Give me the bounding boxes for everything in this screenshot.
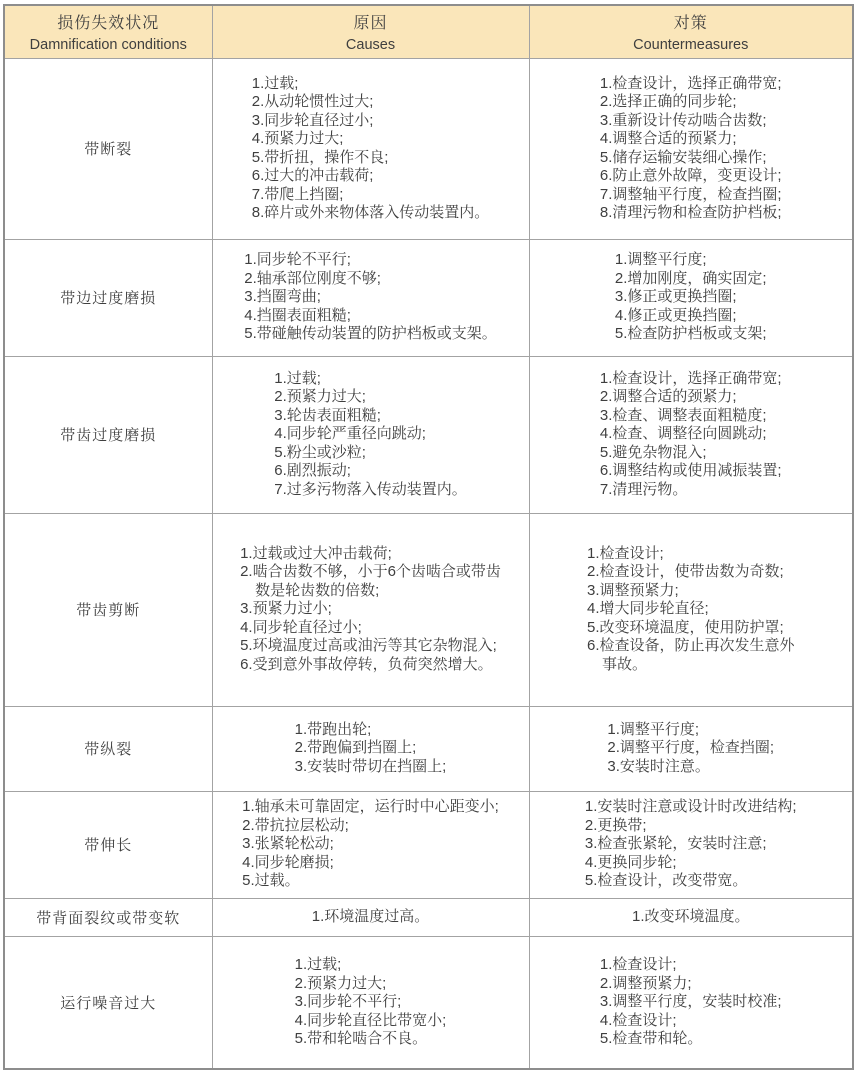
countermeasure-item: 3.检查张紧轮，安装时注意; (585, 835, 797, 854)
table-row: 带纵裂1.带跑出轮;2.带跑偏到挡圈上;3.安装时带切在挡圈上;1.调整平行度;… (4, 706, 853, 791)
condition-cell: 带背面裂纹或带变软 (4, 898, 212, 936)
countermeasures-cell: 1.改变环境温度。 (529, 898, 853, 936)
countermeasures-cell: 1.检查设计，选择正确带宽;2.选择正确的同步轮;3.重新设计传动啮合齿数;4.… (529, 58, 853, 239)
countermeasure-item: 6.防止意外故障，变更设计; (600, 167, 782, 186)
countermeasures-cell: 1.检查设计，选择正确带宽;2.调整合适的颈紧力;3.检查、调整表面粗糙度;4.… (529, 356, 853, 513)
condition-cell: 带齿剪断 (4, 513, 212, 706)
causes-list: 1.轴承未可靠固定，运行时中心距变小;2.带抗拉层松动;3.张紧轮松动;4.同步… (242, 798, 499, 891)
causes-cell: 1.同步轮不平行;2.轴承部位刚度不够;3.挡圈弯曲;4.挡圈表面粗糙;5.带碰… (212, 239, 529, 356)
table-row: 带断裂1.过载;2.从动轮惯性过大;3.同步轮直径过小;4.预紧力过大;5.带折… (4, 58, 853, 239)
cause-item: 4.挡圈表面粗糙; (244, 307, 497, 326)
header-cell-countermeasures: 对策 Countermeasures (529, 5, 853, 58)
cause-item: 1.过载或过大冲击载荷; (240, 545, 501, 564)
countermeasures-cell: 1.调整平行度;2.调整平行度，检查挡圈;3.安装时注意。 (529, 706, 853, 791)
causes-list: 1.过载;2.从动轮惯性过大;3.同步轮直径过小;4.预紧力过大;5.带折扭，操… (252, 75, 490, 223)
cause-item: 3.轮齿表面粗糙; (274, 407, 467, 426)
condition-cell: 运行噪音过大 (4, 936, 212, 1069)
condition-cell: 带纵裂 (4, 706, 212, 791)
countermeasures-list: 1.检查设计，选择正确带宽;2.选择正确的同步轮;3.重新设计传动啮合齿数;4.… (600, 75, 782, 223)
header-conditions-en: Damnification conditions (5, 37, 212, 53)
cause-item: 3.同步轮直径过小; (252, 112, 490, 131)
table-row: 带伸长1.轴承未可靠固定，运行时中心距变小;2.带抗拉层松动;3.张紧轮松动;4… (4, 791, 853, 898)
table-row: 带齿剪断1.过载或过大冲击载荷;2.啮合齿数不够，小于6个齿啮合或带齿 数是轮齿… (4, 513, 853, 706)
countermeasure-item: 5.储存运输安装细心操作; (600, 149, 782, 168)
table-row: 带背面裂纹或带变软1.环境温度过高。1.改变环境温度。 (4, 898, 853, 936)
countermeasure-item: 1.检查设计; (587, 545, 795, 564)
header-countermeasures-zh: 对策 (530, 10, 853, 33)
countermeasures-cell: 1.调整平行度;2.增加刚度，确实固定;3.修正或更换挡圈;4.修正或更换挡圈;… (529, 239, 853, 356)
causes-cell: 1.轴承未可靠固定，运行时中心距变小;2.带抗拉层松动;3.张紧轮松动;4.同步… (212, 791, 529, 898)
table-row: 运行噪音过大1.过载;2.预紧力过大;3.同步轮不平行;4.同步轮直径比带宽小;… (4, 936, 853, 1069)
cause-item: 3.预紧力过小; (240, 600, 501, 619)
cause-item: 6.剧烈振动; (274, 462, 467, 481)
countermeasure-item: 2.选择正确的同步轮; (600, 93, 782, 112)
cause-item: 2.从动轮惯性过大; (252, 93, 490, 112)
countermeasure-item: 2.增加刚度，确实固定; (615, 270, 767, 289)
cause-item: 4.同步轮直径比带宽小; (295, 1012, 447, 1031)
countermeasure-item: 1.改变环境温度。 (632, 908, 750, 927)
countermeasures-list: 1.调整平行度;2.增加刚度，确实固定;3.修正或更换挡圈;4.修正或更换挡圈;… (615, 251, 767, 344)
countermeasure-item: 4.调整合适的预紧力; (600, 130, 782, 149)
header-cell-causes: 原因 Causes (212, 5, 529, 58)
causes-cell: 1.环境温度过高。 (212, 898, 529, 936)
countermeasure-item: 2.调整平行度，检查挡圈; (607, 739, 774, 758)
condition-cell: 带齿过度磨损 (4, 356, 212, 513)
causes-cell: 1.过载;2.从动轮惯性过大;3.同步轮直径过小;4.预紧力过大;5.带折扭，操… (212, 58, 529, 239)
causes-list: 1.过载;2.预紧力过大;3.轮齿表面粗糙;4.同步轮严重径向跳动;5.粉尘或沙… (274, 370, 467, 500)
countermeasure-item: 1.检查设计，选择正确带宽; (600, 75, 782, 94)
countermeasure-item: 4.更换同步轮; (585, 854, 797, 873)
header-causes-zh: 原因 (213, 10, 529, 33)
cause-item: 2.带抗拉层松动; (242, 817, 499, 836)
countermeasure-item: 3.修正或更换挡圈; (615, 288, 767, 307)
causes-list: 1.带跑出轮;2.带跑偏到挡圈上;3.安装时带切在挡圈上; (295, 721, 447, 777)
cause-item: 1.过载; (252, 75, 490, 94)
cause-item: 6.过大的冲击载荷; (252, 167, 490, 186)
cause-item: 5.过载。 (242, 872, 499, 891)
header-conditions-zh: 损伤失效状况 (5, 10, 212, 33)
header-causes-en: Causes (213, 37, 529, 53)
cause-item: 3.挡圈弯曲; (244, 288, 497, 307)
header-cell-conditions: 损伤失效状况 Damnification conditions (4, 5, 212, 58)
cause-item: 7.带爬上挡圈; (252, 186, 490, 205)
causes-list: 1.过载或过大冲击载荷;2.啮合齿数不够，小于6个齿啮合或带齿 数是轮齿数的倍数… (240, 545, 501, 675)
countermeasure-item: 1.调整平行度; (615, 251, 767, 270)
cause-item: 4.同步轮直径过小; (240, 619, 501, 638)
causes-cell: 1.过载;2.预紧力过大;3.同步轮不平行;4.同步轮直径比带宽小;5.带和轮啮… (212, 936, 529, 1069)
countermeasure-item: 5.检查带和轮。 (600, 1030, 782, 1049)
condition-cell: 带断裂 (4, 58, 212, 239)
countermeasure-item: 1.调整平行度; (607, 721, 774, 740)
cause-item: 2.预紧力过大; (295, 975, 447, 994)
countermeasure-item: 3.检查、调整表面粗糙度; (600, 407, 782, 426)
countermeasure-item: 7.清理污物。 (600, 481, 782, 500)
cause-item: 5.环境温度过高或油污等其它杂物混入; (240, 637, 501, 656)
header-row: 损伤失效状况 Damnification conditions 原因 Cause… (4, 5, 853, 58)
countermeasure-item: 1.检查设计; (600, 956, 782, 975)
header-countermeasures-en: Countermeasures (530, 37, 853, 53)
cause-item: 1.同步轮不平行; (244, 251, 497, 270)
countermeasure-item: 3.调整预紧力; (587, 582, 795, 601)
countermeasure-item: 4.检查设计; (600, 1012, 782, 1031)
causes-list: 1.过载;2.预紧力过大;3.同步轮不平行;4.同步轮直径比带宽小;5.带和轮啮… (295, 956, 447, 1049)
countermeasure-item: 7.调整轴平行度，检查挡圈; (600, 186, 782, 205)
countermeasures-list: 1.安装时注意或设计时改进结构;2.更换带;3.检查张紧轮，安装时注意;4.更换… (585, 798, 797, 891)
table-row: 带齿过度磨损1.过载;2.预紧力过大;3.轮齿表面粗糙;4.同步轮严重径向跳动;… (4, 356, 853, 513)
countermeasure-item: 2.调整预紧力; (600, 975, 782, 994)
cause-item: 5.粉尘或沙粒; (274, 444, 467, 463)
table-header: 损伤失效状况 Damnification conditions 原因 Cause… (4, 5, 853, 58)
countermeasure-item: 6.检查设备，防止再次发生意外 事故。 (587, 637, 795, 674)
cause-item: 3.同步轮不平行; (295, 993, 447, 1012)
belt-failure-table: 损伤失效状况 Damnification conditions 原因 Cause… (3, 4, 854, 1070)
cause-item: 6.受到意外事故停转，负荷突然增大。 (240, 656, 501, 675)
countermeasure-item: 3.安装时注意。 (607, 758, 774, 777)
cause-item: 3.张紧轮松动; (242, 835, 499, 854)
cause-item: 5.带和轮啮合不良。 (295, 1030, 447, 1049)
cause-item: 1.轴承未可靠固定，运行时中心距变小; (242, 798, 499, 817)
cause-item: 2.预紧力过大; (274, 388, 467, 407)
countermeasure-item: 3.调整平行度，安装时校准; (600, 993, 782, 1012)
causes-cell: 1.过载;2.预紧力过大;3.轮齿表面粗糙;4.同步轮严重径向跳动;5.粉尘或沙… (212, 356, 529, 513)
condition-cell: 带边过度磨损 (4, 239, 212, 356)
countermeasure-item: 1.检查设计，选择正确带宽; (600, 370, 782, 389)
cause-item: 1.过载; (295, 956, 447, 975)
countermeasure-item: 4.增大同步轮直径; (587, 600, 795, 619)
countermeasure-item: 4.检查、调整径向圆跳动; (600, 425, 782, 444)
countermeasures-list: 1.改变环境温度。 (632, 908, 750, 927)
page-root: 损伤失效状况 Damnification conditions 原因 Cause… (0, 0, 856, 1074)
countermeasure-item: 5.检查设计，改变带宽。 (585, 872, 797, 891)
table-body: 带断裂1.过载;2.从动轮惯性过大;3.同步轮直径过小;4.预紧力过大;5.带折… (4, 58, 853, 1069)
cause-item: 2.带跑偏到挡圈上; (295, 739, 447, 758)
cause-item: 1.过载; (274, 370, 467, 389)
countermeasure-item: 5.检查防护档板或支架; (615, 325, 767, 344)
cause-item: 1.环境温度过高。 (312, 908, 430, 927)
countermeasure-item: 3.重新设计传动啮合齿数; (600, 112, 782, 131)
cause-item: 8.碎片或外来物体落入传动装置内。 (252, 204, 490, 223)
condition-cell: 带伸长 (4, 791, 212, 898)
countermeasures-cell: 1.检查设计;2.调整预紧力;3.调整平行度，安装时校准;4.检查设计;5.检查… (529, 936, 853, 1069)
countermeasure-item: 5.改变环境温度，使用防护罩; (587, 619, 795, 638)
cause-item: 3.安装时带切在挡圈上; (295, 758, 447, 777)
cause-item: 4.预紧力过大; (252, 130, 490, 149)
cause-item: 7.过多污物落入传动装置内。 (274, 481, 467, 500)
cause-item: 2.轴承部位刚度不够; (244, 270, 497, 289)
countermeasures-list: 1.检查设计，选择正确带宽;2.调整合适的颈紧力;3.检查、调整表面粗糙度;4.… (600, 370, 782, 500)
cause-item: 1.带跑出轮; (295, 721, 447, 740)
table-row: 带边过度磨损1.同步轮不平行;2.轴承部位刚度不够;3.挡圈弯曲;4.挡圈表面粗… (4, 239, 853, 356)
countermeasure-item: 2.检查设计，使带齿数为奇数; (587, 563, 795, 582)
cause-item: 5.带碰触传动装置的防护档板或支架。 (244, 325, 497, 344)
cause-item: 2.啮合齿数不够，小于6个齿啮合或带齿 数是轮齿数的倍数; (240, 563, 501, 600)
cause-item: 5.带折扭，操作不良; (252, 149, 490, 168)
countermeasure-item: 4.修正或更换挡圈; (615, 307, 767, 326)
countermeasures-list: 1.检查设计;2.检查设计，使带齿数为奇数;3.调整预紧力;4.增大同步轮直径;… (587, 545, 795, 675)
countermeasures-list: 1.调整平行度;2.调整平行度，检查挡圈;3.安装时注意。 (607, 721, 774, 777)
causes-cell: 1.过载或过大冲击载荷;2.啮合齿数不够，小于6个齿啮合或带齿 数是轮齿数的倍数… (212, 513, 529, 706)
countermeasure-item: 5.避免杂物混入; (600, 444, 782, 463)
cause-item: 4.同步轮严重径向跳动; (274, 425, 467, 444)
countermeasure-item: 2.更换带; (585, 817, 797, 836)
countermeasures-cell: 1.安装时注意或设计时改进结构;2.更换带;3.检查张紧轮，安装时注意;4.更换… (529, 791, 853, 898)
cause-item: 4.同步轮磨损; (242, 854, 499, 873)
causes-cell: 1.带跑出轮;2.带跑偏到挡圈上;3.安装时带切在挡圈上; (212, 706, 529, 791)
countermeasure-item: 1.安装时注意或设计时改进结构; (585, 798, 797, 817)
causes-list: 1.环境温度过高。 (312, 908, 430, 927)
causes-list: 1.同步轮不平行;2.轴承部位刚度不够;3.挡圈弯曲;4.挡圈表面粗糙;5.带碰… (244, 251, 497, 344)
countermeasures-list: 1.检查设计;2.调整预紧力;3.调整平行度，安装时校准;4.检查设计;5.检查… (600, 956, 782, 1049)
countermeasure-item: 8.清理污物和检查防护档板; (600, 204, 782, 223)
countermeasure-item: 2.调整合适的颈紧力; (600, 388, 782, 407)
countermeasure-item: 6.调整结构或使用减振装置; (600, 462, 782, 481)
countermeasures-cell: 1.检查设计;2.检查设计，使带齿数为奇数;3.调整预紧力;4.增大同步轮直径;… (529, 513, 853, 706)
